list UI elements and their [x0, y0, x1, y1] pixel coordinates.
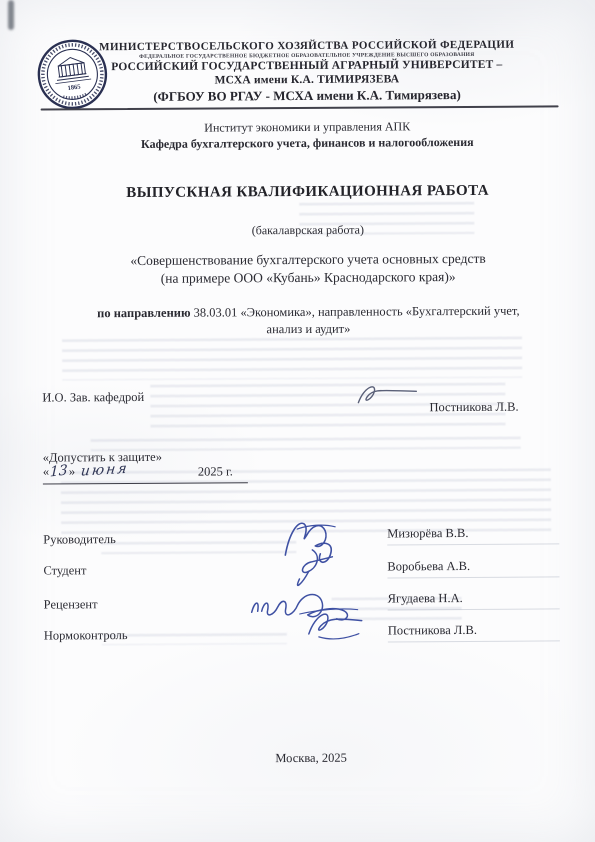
university-name-line1: РОССИЙСКИЙ ГОСУДАРСТВЕННЫЙ АГРАРНЫЙ УНИВ… [28, 58, 585, 73]
department-name: Кафедра бухгалтерского учета, финансов и… [29, 134, 586, 152]
program-prefix: по направлению [97, 306, 190, 321]
header-divider [41, 105, 559, 110]
program-direction: по направлению 38.03.01 «Экономика», нап… [30, 302, 587, 339]
signatory-name: Ягудаева Н.А. [388, 590, 560, 610]
head-of-department-label: И.О. Зав. кафедрой [42, 390, 144, 406]
scanned-thesis-title-page: 1865 МИНИСТЕРСТВОСЕЛЬСКОГО ХОЗЯЙСТВА РОС… [0, 0, 595, 842]
bleed-through-artifact [102, 633, 287, 645]
work-type-title: ВЫПУСКНАЯ КВАЛИФИКАЦИОННАЯ РАБОТА [29, 182, 586, 202]
admit-date-line: «13» июня 2025 г. [43, 462, 248, 484]
bleed-through-artifact [101, 541, 296, 554]
university-name-line2: МСХА имени К.А. ТИМИРЯЗЕВА [28, 72, 585, 87]
signatory-role: Руководитель [43, 532, 116, 547]
signatory-name: Воробьева А.В. [387, 558, 559, 578]
work-subtype: (бакалаврская работа) [29, 221, 586, 239]
page-content: 1865 МИНИСТЕРСТВОСЕЛЬСКОГО ХОЗЯЙСТВА РОС… [0, 0, 595, 842]
program-line2: анализ и аудит» [30, 319, 587, 339]
bleed-through-artifact [62, 337, 522, 381]
university-abbreviation: (ФГБОУ ВО РГАУ - МСХА имени К.А. Тимиряз… [28, 86, 585, 105]
handwritten-day: 13 [50, 462, 68, 480]
signatory-role: Рецензент [44, 597, 98, 612]
signatory-name: Постникова Л.В. [388, 622, 560, 642]
head-of-department-signature [352, 380, 420, 408]
thesis-title-line2: (на примере ООО «Кубань» Краснодарского … [30, 267, 587, 288]
city-year-footer: Москва, 2025 [33, 749, 590, 767]
signatory-name: Мизюрёва В.В. [387, 525, 559, 545]
signatory-role: Нормоконтроль [44, 628, 128, 644]
admit-year: 2025 г. [198, 464, 233, 479]
program-line1-rest: 38.03.01 «Экономика», направленность «Бу… [190, 304, 519, 320]
signatory-role: Студент [43, 563, 86, 578]
quote-close: » [69, 464, 75, 478]
thesis-title: «Совершенствование бухгалтерского учета … [29, 249, 586, 288]
quote-open: « [43, 465, 49, 479]
handwritten-month: июня [80, 461, 130, 480]
norm-control-signature [302, 606, 367, 644]
head-of-department-name: Постникова Л.В. [429, 400, 518, 416]
